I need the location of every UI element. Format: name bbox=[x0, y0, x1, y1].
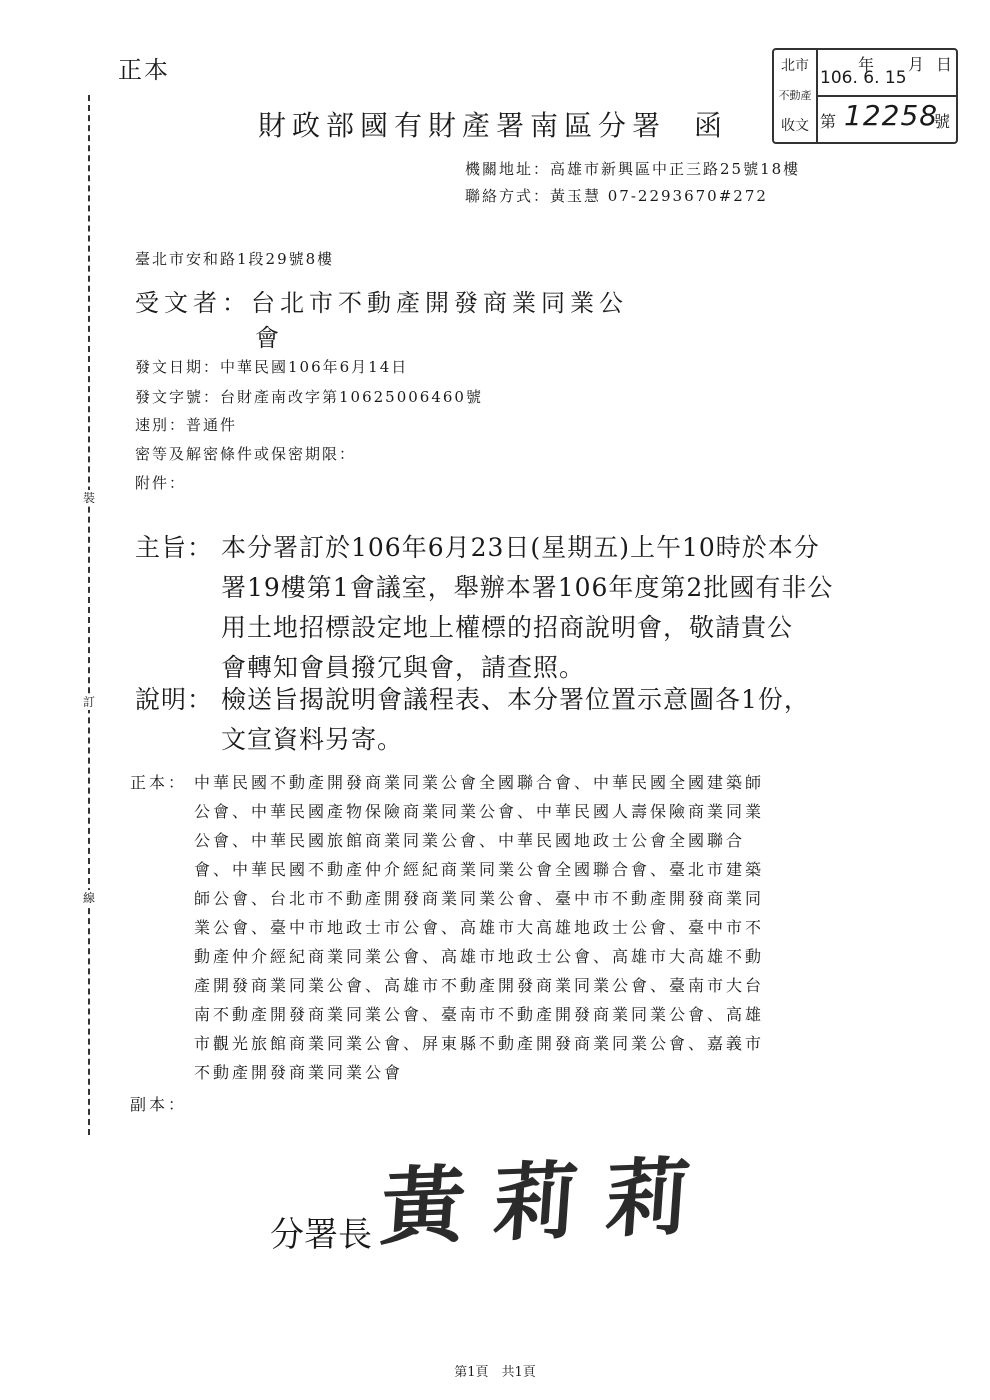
original-recipients-label: 正本： bbox=[130, 768, 187, 797]
recipient-line: 南不動產開發商業同業公會、臺南市不動產開發商業同業公會、高雄 bbox=[194, 1000, 870, 1029]
explanation-label: 說明： bbox=[135, 680, 221, 720]
document-header: 財政部國有財產署南區分署函 bbox=[258, 104, 728, 144]
explanation-line: 文宣資料另寄。 bbox=[135, 720, 810, 760]
receipt-stamp: 北市 不動產 收文 年 月 日 106. 6. 15 第 12258 號 bbox=[772, 48, 958, 144]
page-number: 第1頁 共1頁 bbox=[0, 1361, 990, 1380]
stamp-number-suffix: 號 bbox=[934, 109, 950, 132]
stamp-number-prefix: 第 bbox=[820, 109, 836, 132]
stamp-day-label: 日 bbox=[936, 52, 952, 75]
stamp-org-line2: 不動產 bbox=[779, 90, 812, 101]
signature-title: 分署長 bbox=[270, 1207, 372, 1256]
binding-line bbox=[88, 95, 90, 1135]
binding-mark-xian: 線 bbox=[81, 890, 97, 906]
agency-contact: 聯絡方式：黃玉慧 07-2293670#272 bbox=[465, 185, 768, 206]
recipient-line: 業公會、臺中市地政士市公會、高雄市大高雄地政士公會、臺中市不 bbox=[194, 913, 870, 942]
recipient-name-cont: 會 bbox=[255, 318, 279, 353]
signature-name: 黃莉莉 bbox=[377, 1129, 723, 1262]
stamp-number-value: 12258 bbox=[844, 99, 938, 132]
recipient-line: 公會、中華民國旅館商業同業公會、中華民國地政士公會全國聯合 bbox=[194, 826, 870, 855]
document-number: 發文字號：台財產南改字第10625006460號 bbox=[135, 386, 483, 407]
recipient-line: 動產仲介經紀商業同業公會、高雄市地政士公會、高雄市大高雄不動 bbox=[194, 942, 870, 971]
recipient-line: 師公會、台北市不動產開發商業同業公會、臺中市不動產開發商業同 bbox=[194, 884, 870, 913]
binding-mark-zhuang: 裝 bbox=[81, 490, 97, 506]
subject-section: 主旨：本分署訂於106年6月23日(星期五)上午10時於本分 署19樓第1會議室… bbox=[135, 528, 833, 688]
recipient-line: 會、中華民國不動產仲介經紀商業同業公會全國聯合會、臺北市建築 bbox=[194, 855, 870, 884]
classification: 密等及解密條件或保密期限： bbox=[135, 443, 356, 464]
recipient-name: 受文者：台北市不動產開發商業同業公 bbox=[135, 283, 628, 318]
stamp-date-row: 年 月 日 106. 6. 15 bbox=[818, 50, 956, 97]
agency-name: 財政部國有財產署南區分署 bbox=[258, 109, 666, 142]
document-type: 函 bbox=[694, 109, 728, 142]
explanation-section: 說明：檢送旨揭說明會議程表、本分署位置示意圖各1份， 文宣資料另寄。 bbox=[135, 680, 810, 760]
copies-label: 副本： bbox=[130, 1092, 187, 1115]
stamp-date-value: 106. 6. 15 bbox=[820, 68, 907, 88]
stamp-org-line1: 北市 bbox=[781, 59, 809, 73]
explanation-line: 檢送旨揭說明會議程表、本分署位置示意圖各1份， bbox=[221, 685, 810, 714]
recipient-address: 臺北市安和路1段29號8樓 bbox=[135, 248, 334, 269]
agency-address: 機關地址：高雄市新興區中正三路25號18樓 bbox=[465, 158, 800, 179]
subject-line: 用土地招標設定地上權標的招商說明會，敬請貴公 bbox=[135, 608, 833, 648]
recipient-line: 公會、中華民國產物保險商業同業公會、中華民國人壽保險商業同業 bbox=[194, 797, 870, 826]
recipient-line: 中華民國不動產開發商業同業公會全國聯合會、中華民國全國建築師 bbox=[194, 768, 870, 797]
stamp-number-row: 第 12258 號 bbox=[818, 97, 956, 142]
stamp-org: 北市 不動產 收文 bbox=[774, 50, 818, 142]
signature-block: 分署長 黃莉莉 bbox=[270, 1135, 718, 1256]
stamp-month-label: 月 bbox=[908, 52, 924, 75]
priority: 速別：普通件 bbox=[135, 414, 237, 435]
issue-date: 發文日期：中華民國106年6月14日 bbox=[135, 356, 408, 377]
copy-mark: 正本 bbox=[118, 50, 170, 85]
recipient-line: 市觀光旅館商業同業公會、屏東縣不動產開發商業同業公會、嘉義市 bbox=[194, 1029, 870, 1058]
original-recipients: 正本： 中華民國不動產開發商業同業公會全國聯合會、中華民國全國建築師 公會、中華… bbox=[130, 768, 870, 1087]
subject-line: 本分署訂於106年6月23日(星期五)上午10時於本分 bbox=[221, 533, 820, 562]
stamp-org-line3: 收文 bbox=[781, 119, 809, 133]
binding-mark-ding: 訂 bbox=[81, 694, 97, 710]
subject-label: 主旨： bbox=[135, 528, 221, 568]
attachments: 附件： bbox=[135, 472, 186, 493]
recipient-line: 不動產開發商業同業公會 bbox=[194, 1058, 870, 1087]
recipient-line: 產開發商業同業公會、高雄市不動產開發商業同業公會、臺南市大台 bbox=[194, 971, 870, 1000]
subject-line: 署19樓第1會議室，舉辦本署106年度第2批國有非公 bbox=[135, 568, 833, 608]
